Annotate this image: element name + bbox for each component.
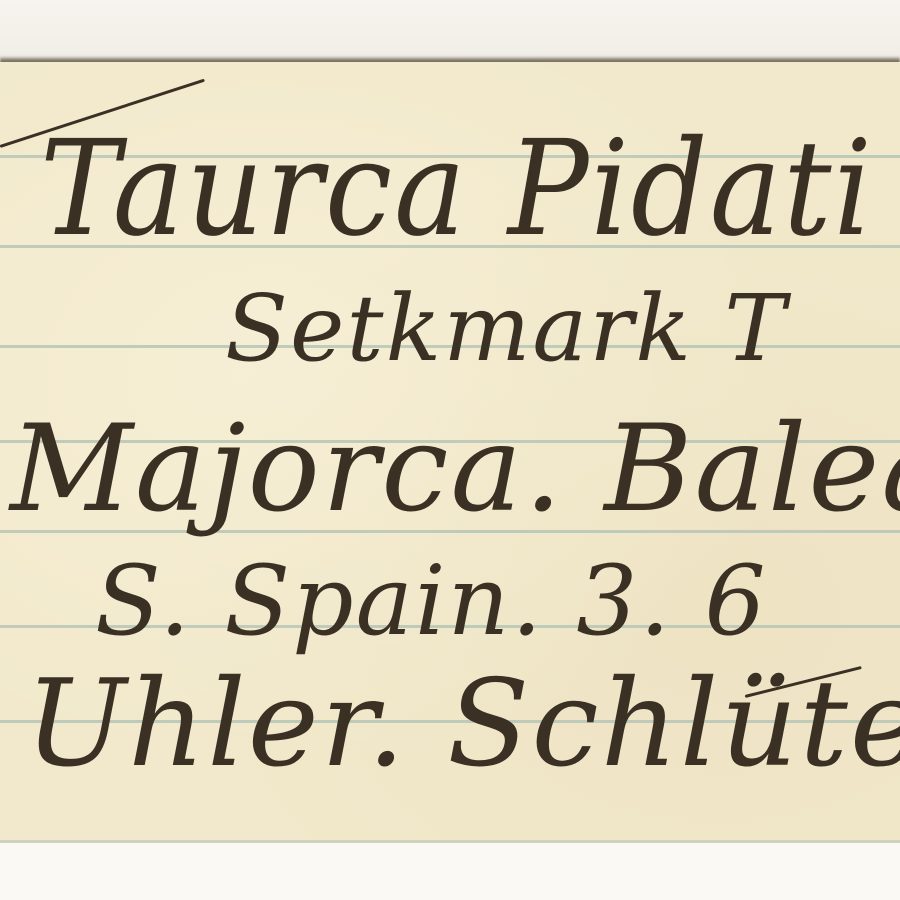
background-top <box>0 0 900 62</box>
background-bottom <box>0 843 900 900</box>
handwritten-line-4: S. Spain. 3. 6 <box>95 545 768 657</box>
handwritten-line-3: Majorca. Balear <box>10 400 900 539</box>
handwritten-line-1: Taurca Pidati <box>40 113 874 266</box>
handwritten-line-5: Uhler. Schlüter . <box>25 655 900 794</box>
handwritten-line-2: Setkmark T <box>225 275 788 382</box>
